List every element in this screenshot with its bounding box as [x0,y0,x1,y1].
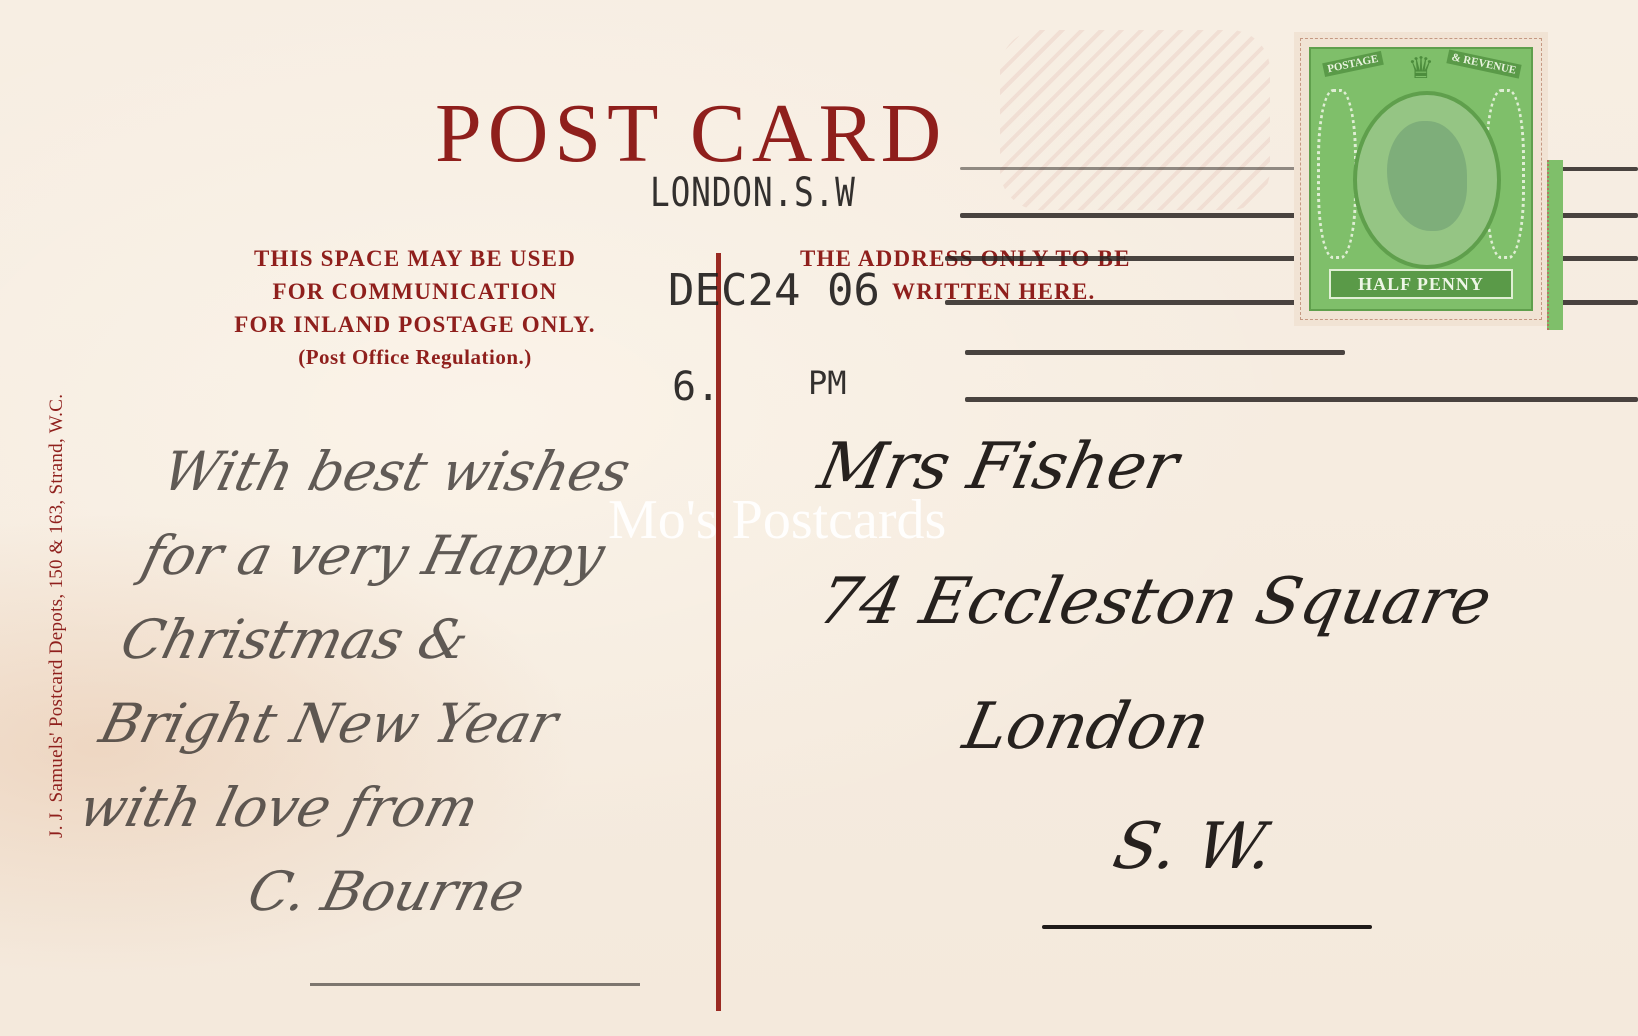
portrait-oval [1353,91,1501,269]
communication-notice-line: FOR COMMUNICATION [180,275,650,308]
postcard-back: POST CARD J. J. Samuels' Postcard Depots… [0,0,1638,1036]
message-line: Christmas & [112,598,597,682]
postmark-time-hour: 6. [672,364,720,410]
embossed-decoration [1000,30,1270,210]
message-signature: C. Bourne [49,850,534,934]
address-district: S. W. [1107,810,1280,884]
message-line: for a very Happy [133,514,618,598]
address-city: London [957,690,1216,764]
postcard-title: POST CARD [435,92,947,176]
stamp-label-postage: POSTAGE [1322,51,1383,77]
address-street: 74 Eccleston Square [812,565,1498,639]
cancellation-line [960,167,1310,170]
wreath-icon [1317,89,1357,259]
handwritten-message: With best wishes for a very Happy Christ… [49,430,639,934]
postmark-date: DEC24 06 [668,265,880,316]
publisher-imprint: J. J. Samuels' Postcard Depots, 150 & 16… [46,394,68,838]
watermark: Mo's Postcards [608,488,946,552]
communication-notice-line: FOR INLAND POSTAGE ONLY. [180,308,650,341]
communication-notice-line: THIS SPACE MAY BE USED [180,242,650,275]
stamp-design: POSTAGE ♛ & REVENUE HALF PENNY [1309,47,1533,311]
cancellation-line [965,397,1638,402]
communication-notice: THIS SPACE MAY BE USED FOR COMMUNICATION… [180,242,650,374]
cancellation-line [965,350,1345,355]
postmark-time-ampm: PM [808,364,847,402]
halfpenny-stamp: POSTAGE ♛ & REVENUE HALF PENNY [1300,38,1542,320]
king-portrait-icon [1387,121,1467,231]
message-line: with love from [70,766,555,850]
adjacent-stamp-edge [1547,160,1563,330]
message-line: With best wishes [154,430,639,514]
address-underline [1042,925,1372,929]
communication-notice-line: (Post Office Regulation.) [180,341,650,374]
postmark-city: LONDON.S.W [650,170,856,216]
stamp-label-revenue: & REVENUE [1447,49,1522,78]
message-line: Bright New Year [91,682,576,766]
crown-icon: ♛ [1408,51,1435,86]
stamp-value: HALF PENNY [1329,269,1513,299]
signature-underline [310,983,640,986]
